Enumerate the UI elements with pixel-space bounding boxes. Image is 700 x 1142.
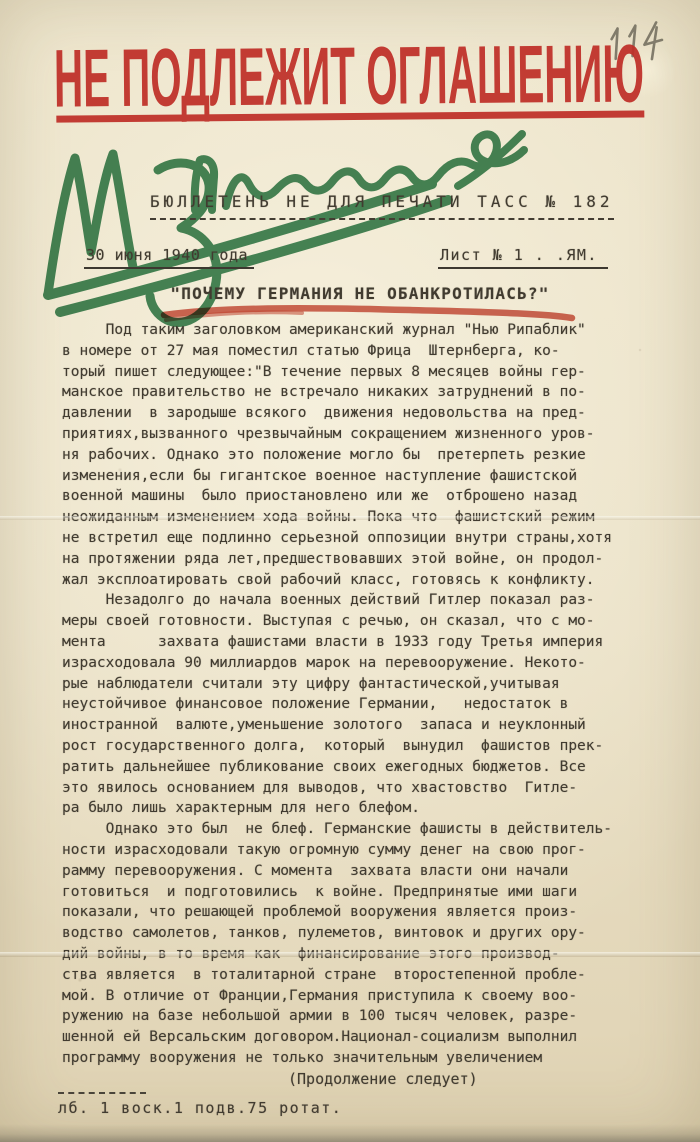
print-run-note: лб. 1 воск.1 подв.75 ротат.	[58, 1099, 342, 1117]
continuation-note: (Продолжение следует)	[288, 1070, 478, 1088]
bulletin-header: БЮЛЛЕТЕНЬ НЕ ДЛЯ ПЕЧАТИ ТАСС № 182	[150, 192, 614, 220]
document-date: 30 июня 1940 года	[84, 246, 254, 269]
stamp-text: НЕ ПОДЛЕЖИТ ОГЛАШЕНИЮ	[54, 28, 645, 124]
footer-dash-mark	[58, 1092, 146, 1094]
document-page: НЕ ПОДЛЕЖИТ ОГЛАШЕНИЮ БЮЛЛЕТЕНЬ НЕ ДЛЯ П…	[0, 0, 700, 1142]
sheet-number: Лист № 1 . .ЯМ.	[438, 246, 608, 269]
secrecy-stamp: НЕ ПОДЛЕЖИТ ОГЛАШЕНИЮ	[38, 28, 666, 130]
article-body: Под таким заголовком американский журнал…	[62, 320, 672, 1069]
paper-bottom-edge-shadow	[0, 1124, 700, 1142]
